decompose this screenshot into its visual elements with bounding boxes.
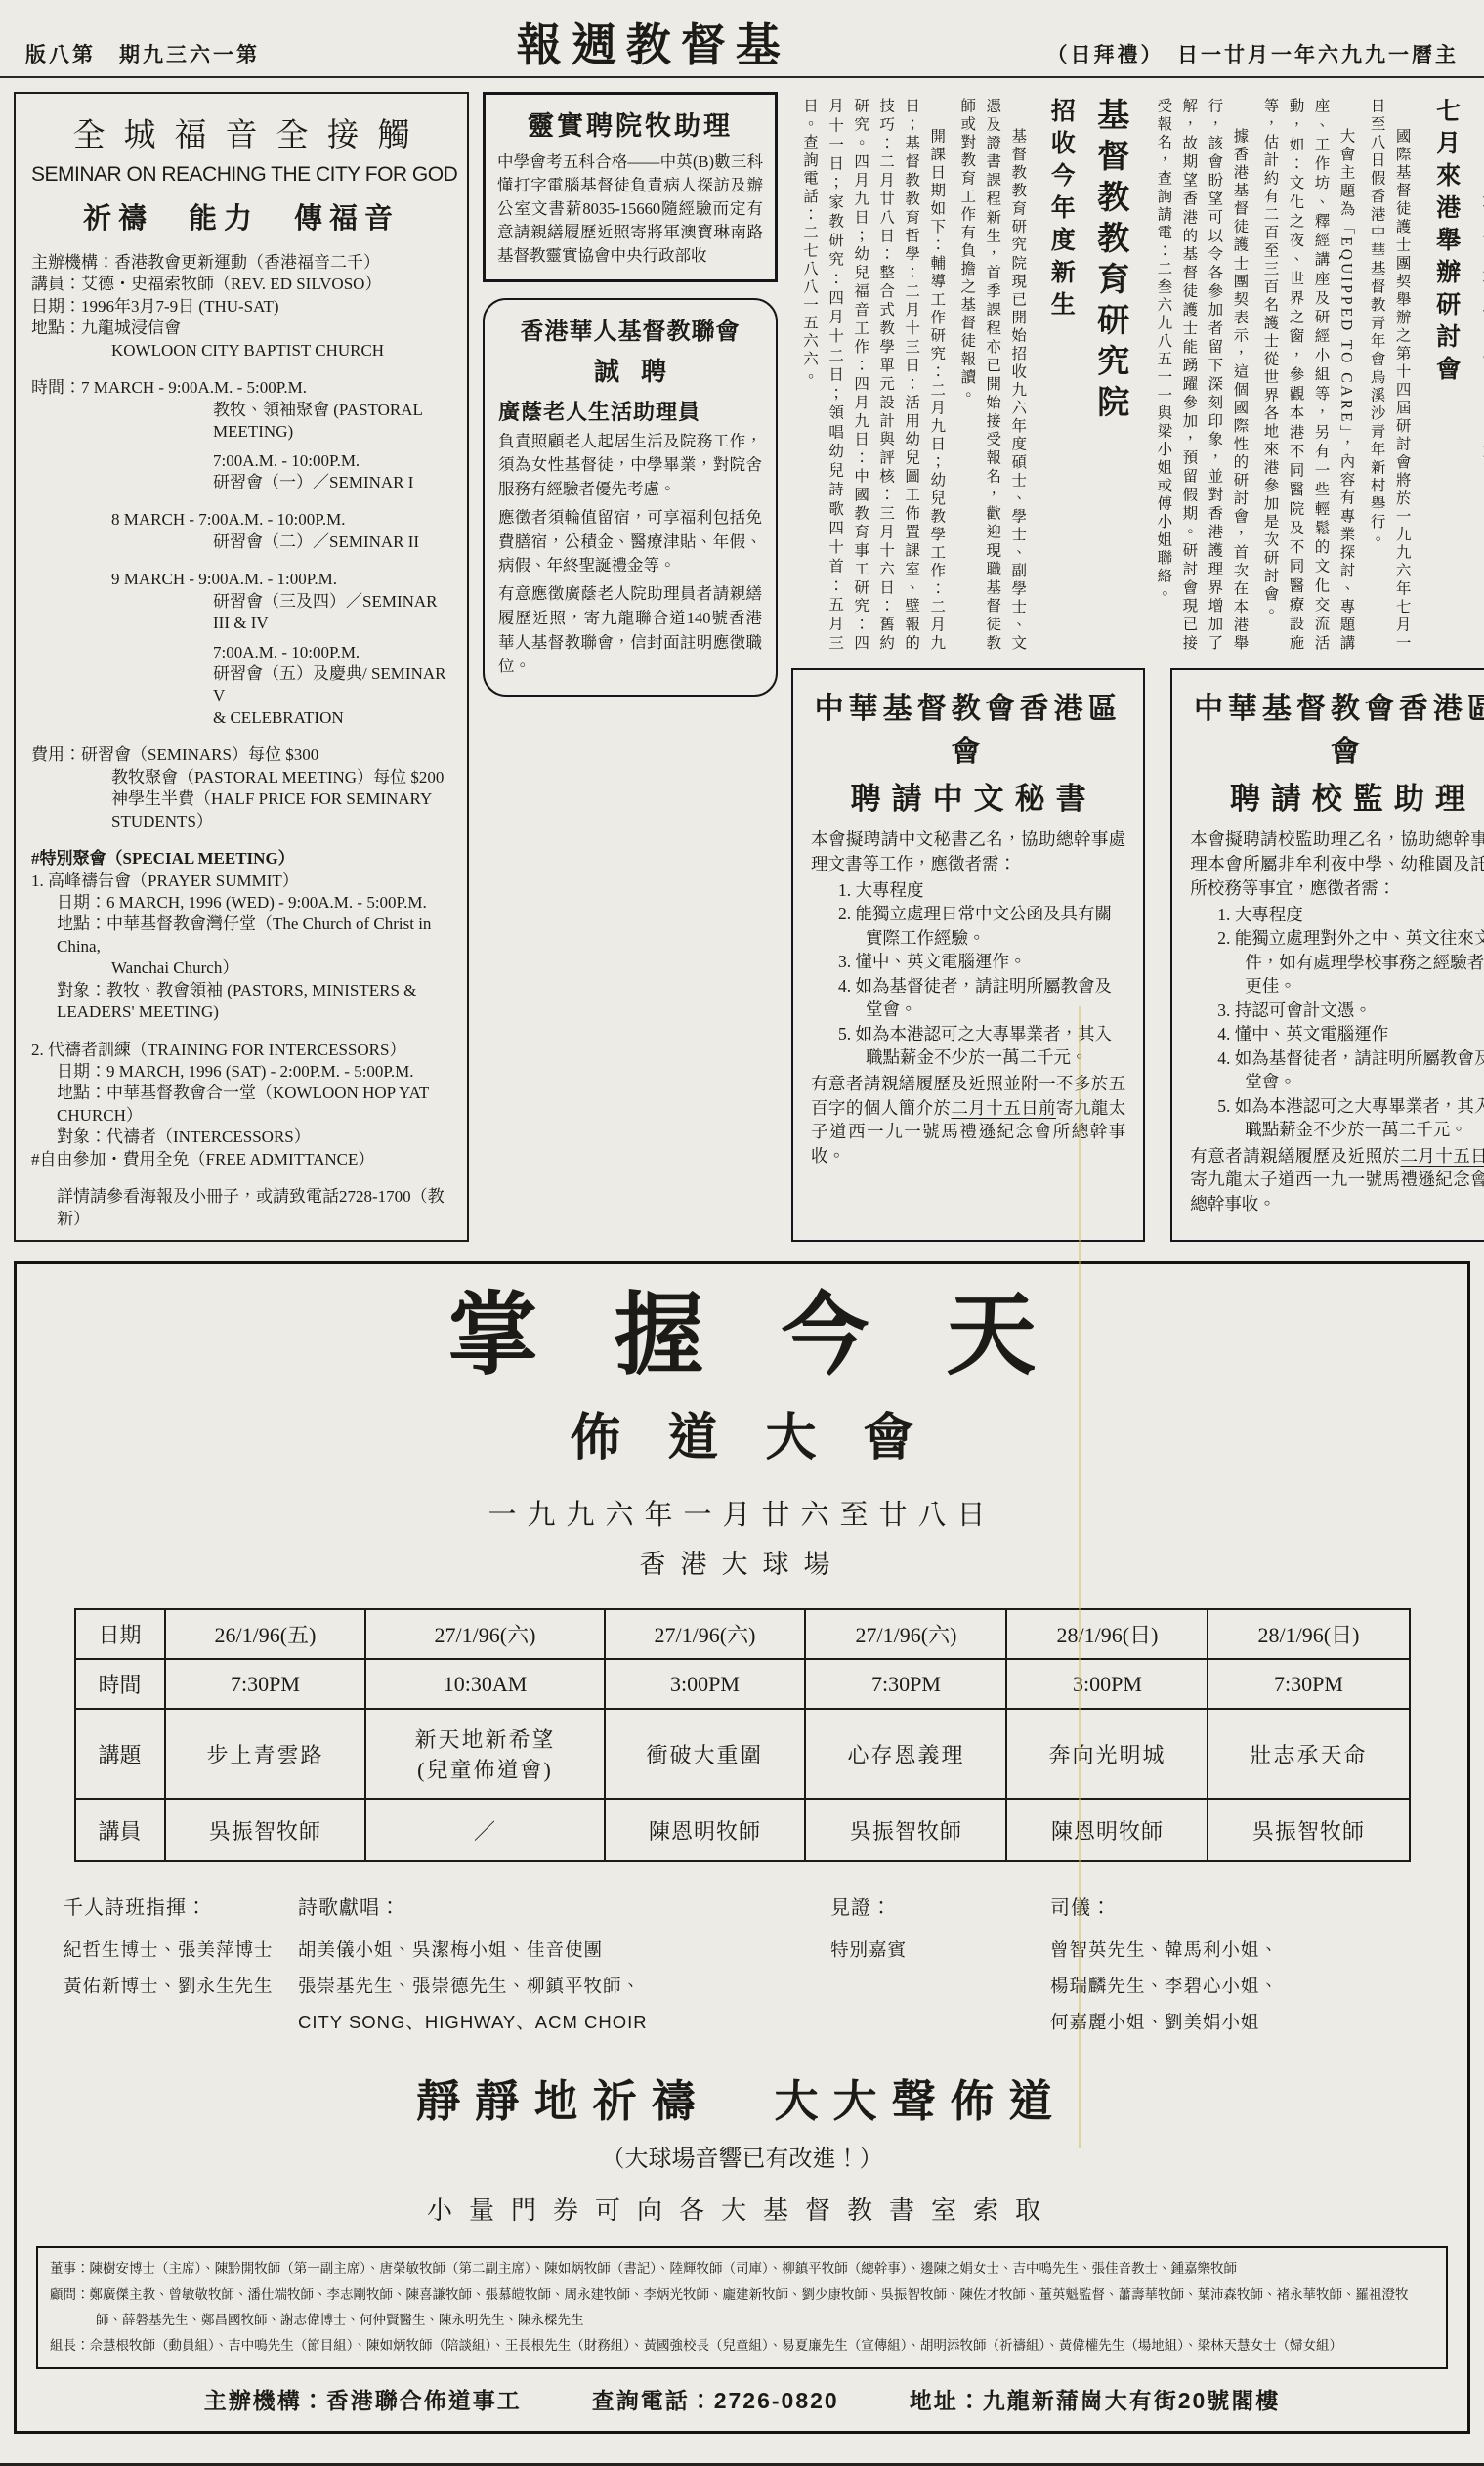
seminar-line: 2. 代禱者訓練（TRAINING FOR INTERCESSORS） xyxy=(31,1040,451,1061)
seminar-line: & CELEBRATION xyxy=(31,707,451,729)
education-article-headline: 基督教教育研究院 xyxy=(1088,98,1134,653)
page-number-issue: 版八第 期九三六一第 xyxy=(25,39,260,68)
seminar-line: 教牧聚會（PASTORAL MEETING）每位 $200 xyxy=(31,767,451,788)
credit-label: 見證： xyxy=(830,1892,1050,1920)
credit-column-choir-conductors: 千人詩班指揮： 紀哲生博士、張美萍博士 黃佑新博士、劉永生先生 xyxy=(64,1892,298,2040)
seminar-line: Wanchai Church） xyxy=(31,957,451,979)
supervisor-ad: 中華基督教會香港區會 聘請校監助理 本會擬聘請校監助理乙名，協助總幹事處理本會所… xyxy=(1170,668,1484,1242)
closing-text: 寄九龍太子道西一九一號馬禮遜紀念會所總幹事收。 xyxy=(1190,1169,1484,1213)
committee-label: 顧問： xyxy=(50,2287,90,2302)
date-cell: 28/1/96(日) xyxy=(1006,1609,1208,1659)
rally-footer: 主辦機構：香港聯合佈道事工 查詢電話：2726-0820 地址：九龍新蒲崗大有街… xyxy=(36,2383,1448,2415)
nurses-article-paragraph: 國際基督徒護士團契舉辦之第十四屆研討會將於一九九六年七月一日至八日假香港中華基督… xyxy=(1364,98,1415,653)
secretary-ad-item: 3. 懂中、英文電腦運作。 xyxy=(811,950,1125,974)
row-label: 日期 xyxy=(75,1609,165,1659)
committee-row-group-leaders: 組長：佘慧根牧師（動員組）、吉中鳴先生（節目組）、陳如炳牧師（陪談組）、王長根先… xyxy=(50,2333,1434,2359)
union-recruit-ad: 香港華人基督教聯會 誠聘 廣蔭老人生活助理員 負責照顧老人起居生活及院務工作，須… xyxy=(483,298,778,698)
seminar-subtitle: 祈禱 能力 傳福音 xyxy=(31,196,451,236)
newspaper-title: 報週教督基 xyxy=(517,23,790,68)
closing-text: 有意者請親繕履歷及近照於 xyxy=(1190,1146,1400,1166)
credit-names: 張崇基先生、張崇德先生、柳鎮平牧師、 xyxy=(298,1968,830,2004)
seminar-line: 9 MARCH - 9:00A.M. - 1:00P.M. xyxy=(31,569,451,590)
deadline-underlined: 二月十五日前 xyxy=(951,1098,1056,1118)
rally-title: 掌握今天 xyxy=(36,1288,1448,1384)
secretary-ad-item: 4. 如為基督徒者，請註明所屬教會及堂會。 xyxy=(811,974,1125,1022)
seminar-line: 研習會（二）／SEMINAR II xyxy=(31,531,451,553)
credit-names: 曾智英先生、韓馬利小姐、 xyxy=(1050,1932,1420,1968)
credit-column-testimony: 見證： 特別嘉賓 xyxy=(830,1892,1050,2040)
deadline-underlined: 二月十五日前 xyxy=(1400,1146,1484,1166)
seminar-line: 地點：中華基督教會合一堂（KOWLOON HOP YAT CHURCH） xyxy=(31,1083,451,1127)
union-ad-paragraph: 應徵者須輪值留宿，可享福利包括免費膳宿，公積金、醫療津貼、年假、病假、年終聖誕禮… xyxy=(498,506,762,578)
supervisor-ad-item: 4. 懂中、英文電腦運作 xyxy=(1190,1022,1484,1046)
footer-phone: 查詢電話：2726-0820 xyxy=(592,2383,839,2415)
table-row-dates: 日期 26/1/96(五) 27/1/96(六) 27/1/96(六) 27/1… xyxy=(75,1609,1410,1659)
credit-column-singers: 詩歌獻唱： 胡美儀小姐、吳潔梅小姐、佳音使團 張崇基先生、張崇德先生、柳鎮平牧師… xyxy=(298,1892,830,2040)
credit-label: 司儀： xyxy=(1050,1892,1420,1920)
seminar-line: 主辦機構：香港教會更新運動（香港福音二千） xyxy=(31,252,451,274)
church-council-ads: 中華基督教會香港區會 聘請中文秘書 本會擬聘請中文秘書乙名，協助總幹事處理文書等… xyxy=(791,668,1484,1242)
date-cell: 26/1/96(五) xyxy=(165,1609,366,1659)
credit-names: 楊瑞麟先生、李碧心小姐、 xyxy=(1050,1968,1420,2004)
haven-ad-body: 中學會考五科合格——中英(B)數三科懂打字電腦基督徒負責病人探訪及辦公室文書薪8… xyxy=(497,150,763,268)
committee-names: 陳樹安博士（主席）、陳黔開牧師（第一副主席）、唐榮敏牧師（第二副主席）、陳如炳牧… xyxy=(90,2261,1238,2275)
rally-subtitle: 佈道大會 xyxy=(36,1396,1448,1469)
vertical-articles-row: 國際基督徒護士團契 七月來港舉辦研討會 國際基督徒護士團契舉辦之第十四屆研討會將… xyxy=(791,92,1484,653)
nurses-article-subheadline: 七月來港舉辦研討會 xyxy=(1428,98,1463,653)
time-cell: 3:00PM xyxy=(1006,1659,1208,1709)
topic-cell: 衝破大重圍 xyxy=(605,1709,806,1799)
time-cell: 7:30PM xyxy=(1208,1659,1409,1709)
nurses-article-paragraph: 據香港基督徒護士團契表示，這個國際性的研討會，首次在本港舉行，該會盼望可以令各參… xyxy=(1150,98,1251,653)
seminar-line: 日期：9 MARCH, 1996 (SAT) - 2:00P.M. - 5:00… xyxy=(31,1061,451,1083)
time-cell: 7:30PM xyxy=(165,1659,366,1709)
date-cell: 27/1/96(六) xyxy=(365,1609,604,1659)
seminar-line: 地點：九龍城浸信會 xyxy=(31,318,451,339)
time-cell: 7:30PM xyxy=(805,1659,1006,1709)
rally-schedule-table: 日期 26/1/96(五) 27/1/96(六) 27/1/96(六) 27/1… xyxy=(74,1608,1411,1862)
credit-label: 詩歌獻唱： xyxy=(298,1892,830,1920)
seminar-line: KOWLOON CITY BAPTIST CHURCH xyxy=(31,340,451,361)
table-row-topics: 講題 步上青雲路 新天地新希望 (兒童佈道會) 衝破大重圍 心存恩義理 奔向光明… xyxy=(75,1709,1410,1799)
committee-names: 佘慧根牧師（動員組）、吉中鳴先生（節目組）、陳如炳牧師（陪談組）、王長根先生（財… xyxy=(90,2338,1343,2353)
credit-names: CITY SONG、HIGHWAY、ACM CHOIR xyxy=(298,2004,830,2040)
education-article-paragraph: 開課日期如下：輔導工作研究：二月九日；幼兒教學工作：二月九日；基督教教育哲學：二… xyxy=(796,98,949,653)
seminar-line: 8 MARCH - 7:00A.M. - 10:00P.M. xyxy=(31,509,451,531)
education-article-paragraph: 基督教教育研究院現已開始招收九六年度碩士、學士、副學士、文憑及證書課程新生，首季… xyxy=(954,98,1030,653)
seminar-line: 講員：艾德・史福索牧師（REV. ED SILVOSO） xyxy=(31,274,451,295)
credit-label: 千人詩班指揮： xyxy=(64,1892,298,1920)
education-article-subheadline: 招收今年度新生 xyxy=(1043,98,1079,653)
supervisor-ad-intro: 本會擬聘請校監助理乙名，協助總幹事處理本會所屬非牟利夜中學、幼稚園及託兒所校務等… xyxy=(1190,828,1484,901)
speaker-cell: 陳恩明牧師 xyxy=(605,1799,806,1861)
seminar-ad: 全城福音全接觸 SEMINAR ON REACHING THE CITY FOR… xyxy=(14,92,469,1242)
secretary-ad-intro: 本會擬聘請中文秘書乙名，協助總幹事處理文書等工作，應徵者需： xyxy=(811,828,1125,876)
supervisor-ad-item: 5. 如為本港認可之大專畢業者，其入職點薪金不少於一萬二千元。 xyxy=(1190,1094,1484,1142)
supervisor-ad-item: 1. 大專程度 xyxy=(1190,903,1484,927)
union-ad-paragraph: 有意應徵廣蔭老人院助理員者請親繕履歷近照，寄九龍聯合道140號香港華人基督教聯會… xyxy=(498,582,762,679)
supervisor-ad-closing: 有意者請親繕履歷及近照於二月十五日前寄九龍太子道西一九一號馬禮遜紀念會所總幹事收… xyxy=(1190,1144,1484,1217)
secretary-ad-title: 聘請中文秘書 xyxy=(811,774,1125,818)
seminar-line: 對象：代禱者（INTERCESSORS） xyxy=(31,1127,451,1148)
masthead-date: （日拜禮） 日一廿月一年六九九一曆主 xyxy=(1047,39,1460,68)
union-ad-position: 廣蔭老人生活助理員 xyxy=(498,396,762,426)
supervisor-ad-item: 2. 能獨立處理對外之中、英文往來文件，如有處理學校事務之經驗者則更佳。 xyxy=(1190,926,1484,999)
row-label: 講員 xyxy=(75,1799,165,1861)
credit-names: 黃佑新博士、劉永生先生 xyxy=(64,1968,298,2004)
speaker-cell: 吳振智牧師 xyxy=(1208,1799,1409,1861)
credit-column-emcees: 司儀： 曾智英先生、韓馬利小姐、 楊瑞麟先生、李碧心小姐、 何嘉麗小姐、劉美娟小… xyxy=(1050,1892,1420,2040)
footer-address: 地址：九龍新蒲崗大有街20號閣樓 xyxy=(910,2383,1281,2415)
topic-cell: 步上青雲路 xyxy=(165,1709,366,1799)
haven-ad-title: 靈實聘院牧助理 xyxy=(497,105,763,143)
seminar-line: 1. 高峰禱告會（PRAYER SUMMIT） xyxy=(31,871,451,892)
nurses-article-headline: 國際基督徒護士團契 xyxy=(1473,98,1484,653)
topic-cell: 心存恩義理 xyxy=(805,1709,1006,1799)
committee-row-advisors: 顧問：鄭廣傑主教、曾敏敬牧師、潘仕端牧師、李志剛牧師、陳喜謙牧師、張慕皚牧師、周… xyxy=(50,2282,1434,2334)
seminar-line: 7:00A.M. - 10:00P.M. xyxy=(31,450,451,472)
credit-names: 特別嘉賓 xyxy=(830,1932,1050,1968)
seminar-special-heading: #特別聚會（SPECIAL MEETING） xyxy=(31,848,451,870)
seminar-line: 費用：研習會（SEMINARS）每位 $300 xyxy=(31,744,451,766)
secretary-ad-org: 中華基督教會香港區會 xyxy=(811,684,1125,770)
rally-slogan-note: （大球場音響已有改進！） xyxy=(36,2139,1448,2173)
time-cell: 3:00PM xyxy=(605,1659,806,1709)
committee-label: 組長： xyxy=(50,2338,90,2353)
credit-names: 胡美儀小姐、吳潔梅小姐、佳音使團 xyxy=(298,1932,830,1968)
seminar-line: 時間：7 MARCH - 9:00A.M. - 5:00P.M. xyxy=(31,377,451,399)
union-ad-paragraph: 負責照顧老人起居生活及院務工作，須為女性基督徒，中學畢業，對院舍服務有經驗者優先… xyxy=(498,430,762,502)
table-row-times: 時間 7:30PM 10:30AM 3:00PM 7:30PM 3:00PM 7… xyxy=(75,1659,1410,1709)
bottom-rule xyxy=(0,2463,1484,2466)
seminar-line: 日期：1996年3月7-9日 (THU-SAT) xyxy=(31,296,451,318)
committee-box: 董事：陳樹安博士（主席）、陳黔開牧師（第一副主席）、唐榮敏牧師（第二副主席）、陳… xyxy=(36,2246,1448,2368)
seminar-line: 神學生半費（HALF PRICE FOR SEMINARY STUDENTS） xyxy=(31,788,451,832)
union-ad-title: 誠聘 xyxy=(498,352,762,388)
rally-ticket-line: 小量門券可向各大基督教書室索取 xyxy=(36,2190,1448,2227)
supervisor-ad-org: 中華基督教會香港區會 xyxy=(1190,684,1484,770)
committee-row-directors: 董事：陳樹安博士（主席）、陳黔開牧師（第一副主席）、唐榮敏牧師（第二副主席）、陳… xyxy=(50,2256,1434,2281)
seminar-line: 7:00A.M. - 10:00P.M. xyxy=(31,642,451,663)
topic-cell: 壯志承天命 xyxy=(1208,1709,1409,1799)
speaker-cell: ／ xyxy=(365,1799,604,1861)
topic-cell: 新天地新希望 (兒童佈道會) xyxy=(365,1709,604,1799)
haven-chaplain-ad: 靈實聘院牧助理 中學會考五科合格——中英(B)數三科懂打字電腦基督徒負責病人探訪… xyxy=(483,92,778,282)
union-ad-org: 香港華人基督教聯會 xyxy=(498,312,762,346)
speaker-cell: 吳振智牧師 xyxy=(805,1799,1006,1861)
seminar-line: 研習會（三及四）／SEMINAR III & IV xyxy=(31,591,451,635)
row-label: 時間 xyxy=(75,1659,165,1709)
rally-ad: 掌握今天 佈道大會 一九九六年一月廿六至廿八日 香港大球場 日期 26/1/96… xyxy=(14,1261,1470,2434)
seminar-line: 教牧、領袖聚會 (PASTORAL MEETING) xyxy=(31,400,451,444)
secretary-ad-closing: 有意者請親繕履歷及近照並附一不多於五百字的個人簡介於二月十五日前寄九龍太子道西一… xyxy=(811,1072,1125,1169)
date-cell: 28/1/96(日) xyxy=(1208,1609,1409,1659)
right-column: 國際基督徒護士團契 七月來港舉辦研討會 國際基督徒護士團契舉辦之第十四屆研討會將… xyxy=(791,92,1484,1242)
slogan-pray: 靜靜地祈禱 xyxy=(416,2076,709,2126)
rally-slogan: 靜靜地祈禱大大聲佈道 xyxy=(36,2065,1448,2129)
row-label: 講題 xyxy=(75,1709,165,1799)
rally-date-line: 一九九六年一月廿六至廿八日 xyxy=(36,1493,1448,1533)
seminar-line: 研習會（一）／SEMINAR I xyxy=(31,472,451,493)
secretary-ad-item: 1. 大專程度 xyxy=(811,878,1125,903)
seminar-line: #自由參加・費用全免（FREE ADMITTANCE） xyxy=(31,1149,451,1170)
seminar-title-zh: 全城福音全接觸 xyxy=(31,109,451,155)
time-cell: 10:30AM xyxy=(365,1659,604,1709)
footer-organizer: 主辦機構：香港聯合佈道事工 xyxy=(204,2383,522,2415)
secretary-ad-item: 2. 能獨立處理日常中文公函及具有關實際工作經驗。 xyxy=(811,902,1125,950)
table-row-speakers: 講員 吳振智牧師 ／ 陳恩明牧師 吳振智牧師 陳恩明牧師 吳振智牧師 xyxy=(75,1799,1410,1861)
secretary-ad: 中華基督教會香港區會 聘請中文秘書 本會擬聘請中文秘書乙名，協助總幹事處理文書等… xyxy=(791,668,1145,1242)
seminar-title-en: SEMINAR ON REACHING THE CITY FOR GOD xyxy=(31,163,451,187)
committee-names: 鄭廣傑主教、曾敏敬牧師、潘仕端牧師、李志剛牧師、陳喜謙牧師、張慕皚牧師、周永建牧… xyxy=(90,2287,1409,2327)
vertical-articles: 國際基督徒護士團契 七月來港舉辦研討會 國際基督徒護士團契舉辦之第十四屆研討會將… xyxy=(791,92,1484,653)
middle-column: 靈實聘院牧助理 中學會考五科合格——中英(B)數三科懂打字電腦基督徒負責病人探訪… xyxy=(483,92,778,1242)
date-cell: 27/1/96(六) xyxy=(605,1609,806,1659)
supervisor-ad-title: 聘請校監助理 xyxy=(1190,774,1484,818)
secretary-ad-item: 5. 如為本港認可之大專畢業者，其入職點薪金不少於一萬二千元。 xyxy=(811,1022,1125,1070)
date-cell: 27/1/96(六) xyxy=(805,1609,1006,1659)
speaker-cell: 吳振智牧師 xyxy=(165,1799,366,1861)
seminar-line: 日期：6 MARCH, 1996 (WED) - 9:00A.M. - 5:00… xyxy=(31,892,451,914)
committee-label: 董事： xyxy=(50,2261,90,2275)
newspaper-page: { "masthead": { "page_info": "版八第 期九三六一第… xyxy=(0,0,1484,2466)
rally-credits: 千人詩班指揮： 紀哲生博士、張美萍博士 黃佑新博士、劉永生先生 詩歌獻唱： 胡美… xyxy=(36,1892,1448,2040)
supervisor-ad-item: 3. 持認可會計文憑。 xyxy=(1190,999,1484,1023)
seminar-line: 對象：教牧、教會領袖 (PASTORS, MINISTERS & LEADERS… xyxy=(31,980,451,1024)
masthead: 版八第 期九三六一第 報週教督基 （日拜禮） 日一廿月一年六九九一曆主 xyxy=(0,0,1484,78)
seminar-line: 研習會（五）及慶典/ SEMINAR V xyxy=(31,663,451,707)
seminar-contact-line: 詳情請參看海報及小冊子，或請致電話2728-1700（教新） xyxy=(31,1186,451,1230)
top-section: 全城福音全接觸 SEMINAR ON REACHING THE CITY FOR… xyxy=(0,78,1484,1242)
rally-venue: 香港大球場 xyxy=(36,1543,1448,1581)
speaker-cell: 陳恩明牧師 xyxy=(1006,1799,1208,1861)
seminar-line: 地點：中華基督教會灣仔堂（The Church of Christ in Chi… xyxy=(31,914,451,957)
supervisor-ad-item: 4. 如為基督徒者，請註明所屬教會及堂會。 xyxy=(1190,1046,1484,1094)
nurses-article-paragraph: 大會主題為「EQUIPPED TO CARE」，內容有專業探討、專題講座、工作坊… xyxy=(1256,98,1358,653)
credit-names: 紀哲生博士、張美萍博士 xyxy=(64,1932,298,1968)
slogan-preach: 大大聲佈道 xyxy=(775,2076,1068,2126)
credit-names: 何嘉麗小姐、劉美娟小姐 xyxy=(1050,2004,1420,2040)
topic-cell: 奔向光明城 xyxy=(1006,1709,1208,1799)
